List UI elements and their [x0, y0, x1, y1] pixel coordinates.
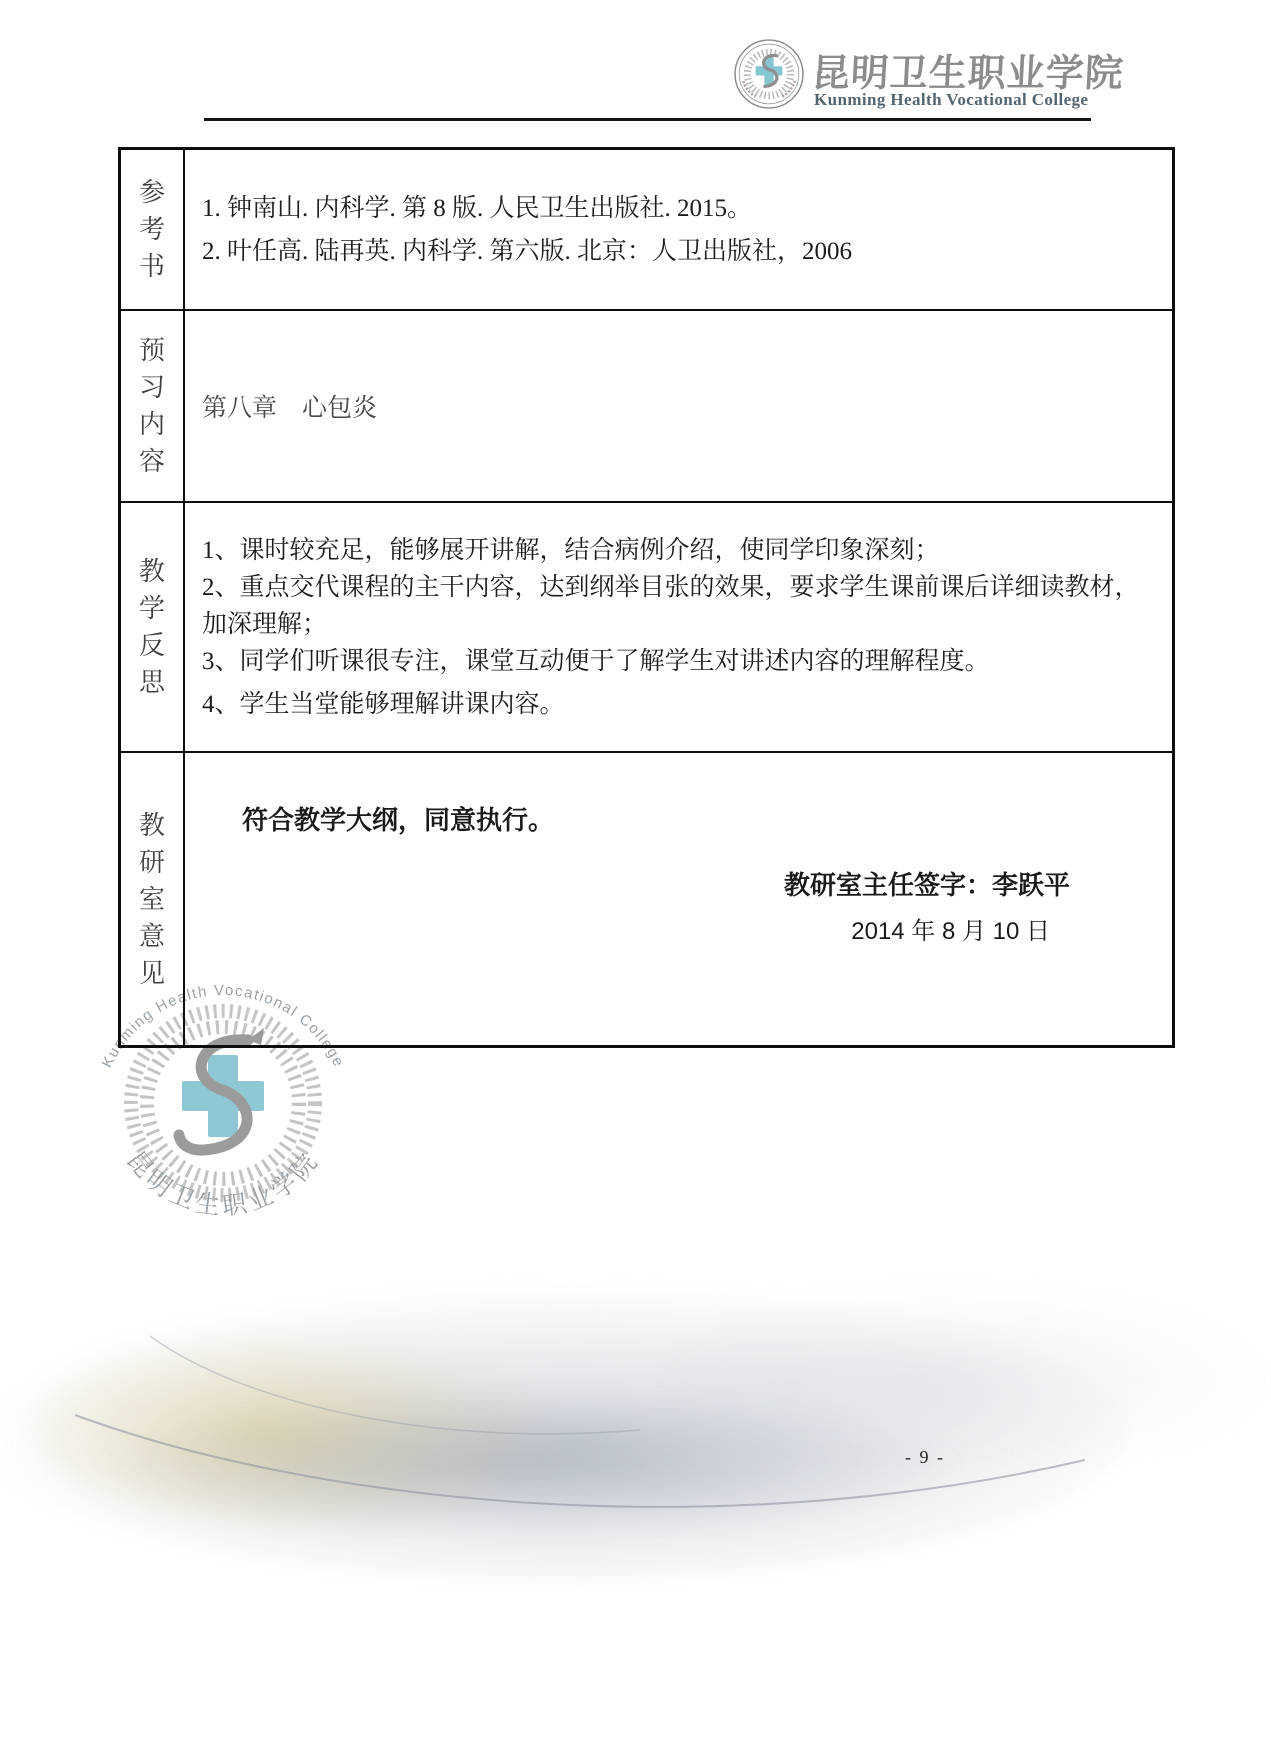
approval-date: 2014 年 8 月 10 日: [851, 911, 1050, 946]
office-opinion-content: 符合教学大纲，同意执行。 教研室主任签字：李跃平 2014 年 8 月 10 日: [185, 753, 1172, 1045]
row-label-preview-content: 预习内容: [138, 332, 167, 480]
reflection-item: 1、课时较充足，能够展开讲解，结合病例介绍，使同学印象深刻；: [185, 532, 1172, 569]
director-signature: 教研室主任签字：李跃平: [784, 865, 1070, 902]
row-label-teaching-reflection: 教学反思: [138, 553, 167, 701]
row-label-cell: 教学反思: [121, 503, 185, 751]
table-row-teaching-reflection: 教学反思 1、课时较充足，能够展开讲解，结合病例介绍，使同学印象深刻； 2、重点…: [121, 503, 1172, 753]
approval-statement: 符合教学大纲，同意执行。: [242, 800, 554, 837]
reflection-item: 3、同学们听课很专注，课堂互动便于了解学生对讲述内容的理解程度。: [185, 643, 1172, 680]
row-label-reference-books: 参考书: [138, 174, 167, 285]
feather-decoration-shadow: [90, 1390, 970, 1540]
row-label-cell: 教研室意见: [121, 753, 185, 1045]
preview-content: 第八章 心包炎: [185, 311, 1172, 501]
college-name-calligraphy: 昆明卫生职业学院: [811, 42, 1114, 97]
reflection-item: 2、重点交代课程的主干内容，达到纲举目张的效果，要求学生课前课后详细读教材，加深…: [185, 569, 1172, 643]
reflection-item: 4、学生当堂能够理解讲课内容。: [185, 686, 1172, 723]
page-number: - 9 -: [905, 1447, 945, 1468]
row-label-cell: 参考书: [121, 150, 185, 309]
reference-book-item: 2. 叶任高. 陆再英. 内科学. 第六版. 北京：人卫出版社，2006: [185, 230, 1172, 273]
table-row-preview-content: 预习内容 第八章 心包炎: [121, 311, 1172, 503]
header-college-seal-icon: [733, 38, 805, 110]
preview-chapter-text: 第八章 心包炎: [185, 388, 1172, 424]
table-row-reference-books: 参考书 1. 钟南山. 内科学. 第 8 版. 人民卫生出版社. 2015。 2…: [121, 150, 1172, 311]
row-label-cell: 预习内容: [121, 311, 185, 501]
college-name-english: Kunming Health Vocational College: [814, 90, 1114, 110]
reference-books-content: 1. 钟南山. 内科学. 第 8 版. 人民卫生出版社. 2015。 2. 叶任…: [185, 150, 1172, 309]
table-row-office-opinion: 教研室意见 符合教学大纲，同意执行。 教研室主任签字：李跃平 2014 年 8 …: [121, 753, 1172, 1045]
teaching-plan-table: 参考书 1. 钟南山. 内科学. 第 8 版. 人民卫生出版社. 2015。 2…: [118, 147, 1175, 1048]
reference-book-item: 1. 钟南山. 内科学. 第 8 版. 人民卫生出版社. 2015。: [185, 187, 1172, 230]
row-label-office-opinion: 教研室意见: [138, 807, 167, 992]
teaching-reflection-content: 1、课时较充足，能够展开讲解，结合病例介绍，使同学印象深刻； 2、重点交代课程的…: [185, 503, 1172, 751]
header-rule-line: [204, 118, 1091, 121]
